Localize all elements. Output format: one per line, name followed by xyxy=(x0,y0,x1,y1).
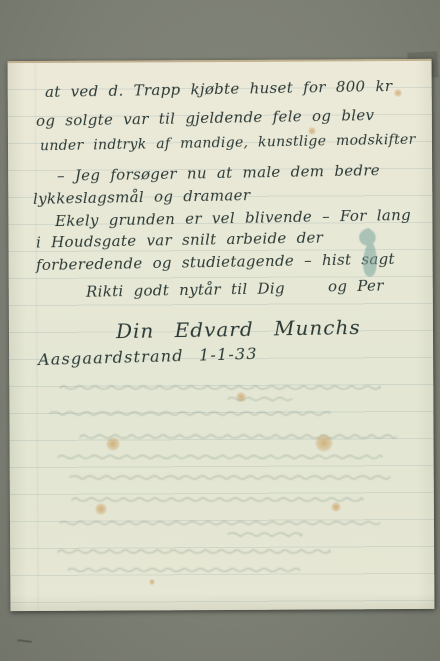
ink-smudge xyxy=(0,0,440,661)
photo-backdrop: at ved d. Trapp kjøbte huset for 800 kr … xyxy=(0,0,440,661)
